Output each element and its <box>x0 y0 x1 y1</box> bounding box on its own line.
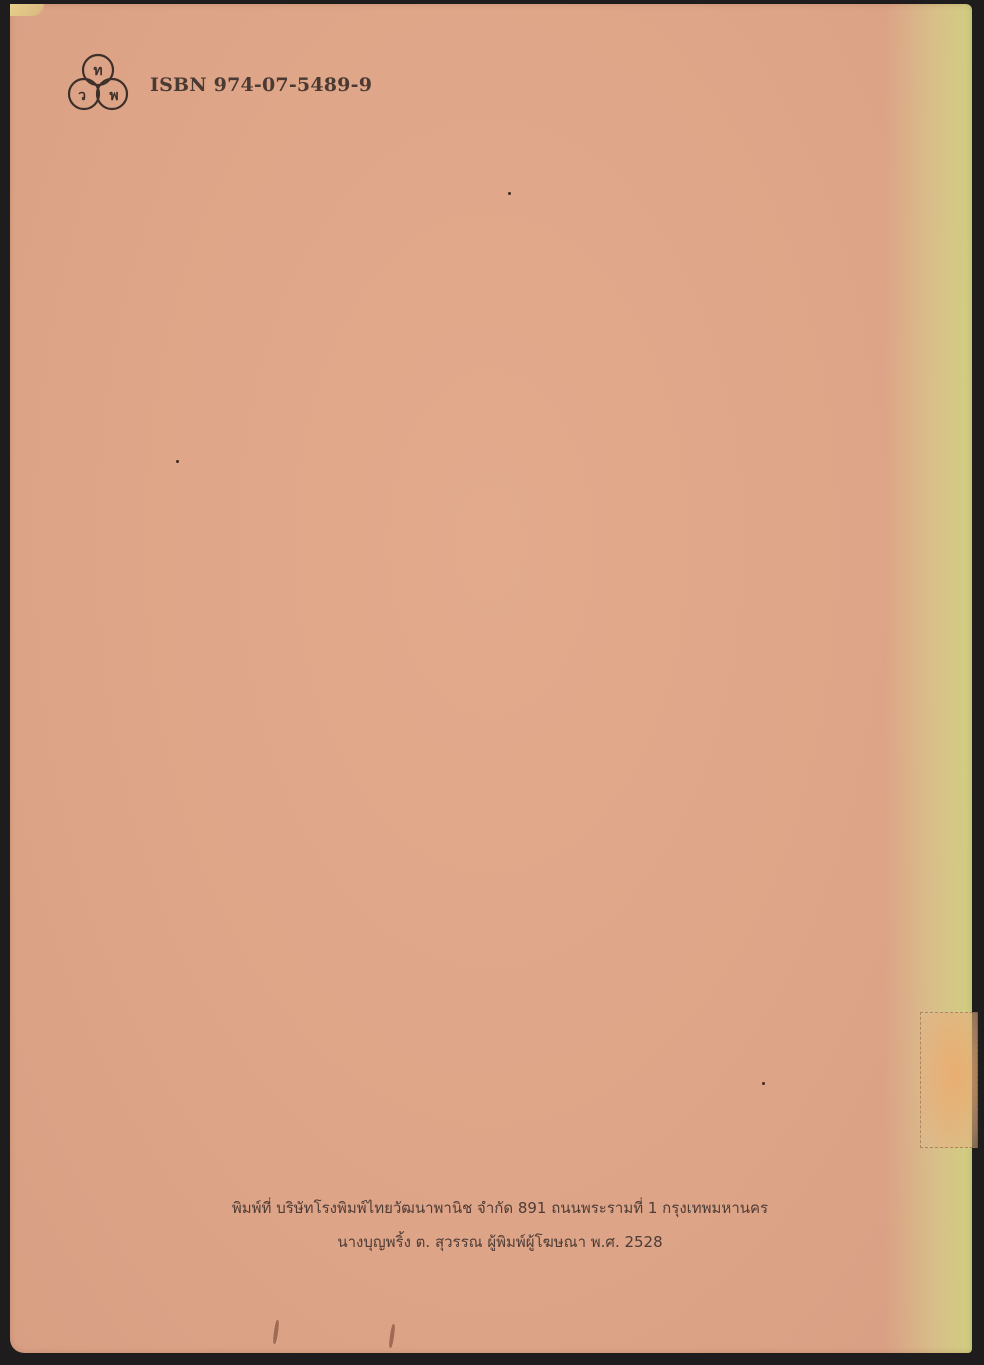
speck <box>176 460 179 463</box>
logo-letter-left: ว <box>78 88 86 104</box>
printer-imprint-line-1: พิมพ์ที่ บริษัทโรงพิมพ์ไทยวัฒนาพานิช จำก… <box>170 1196 830 1220</box>
publisher-logo-icon: ท ว พ <box>62 48 134 120</box>
logo-letter-top: ท <box>93 63 102 79</box>
logo-letter-right: พ <box>109 88 118 104</box>
speck <box>762 1082 765 1085</box>
stain <box>272 1320 279 1344</box>
price-sticker-residue <box>920 1012 978 1148</box>
stain <box>388 1324 395 1348</box>
printer-imprint-line-2: นางบุญพริ้ง ต. สุวรรณ ผู้พิมพ์ผู้โฆษณา พ… <box>170 1230 830 1254</box>
worn-corner <box>10 4 44 16</box>
book-back-cover: ท ว พ ISBN 974-07-5489-9 พิมพ์ที่ บริษัท… <box>10 4 972 1353</box>
speck <box>508 192 511 195</box>
isbn-number: ISBN 974-07-5489-9 <box>150 74 372 96</box>
